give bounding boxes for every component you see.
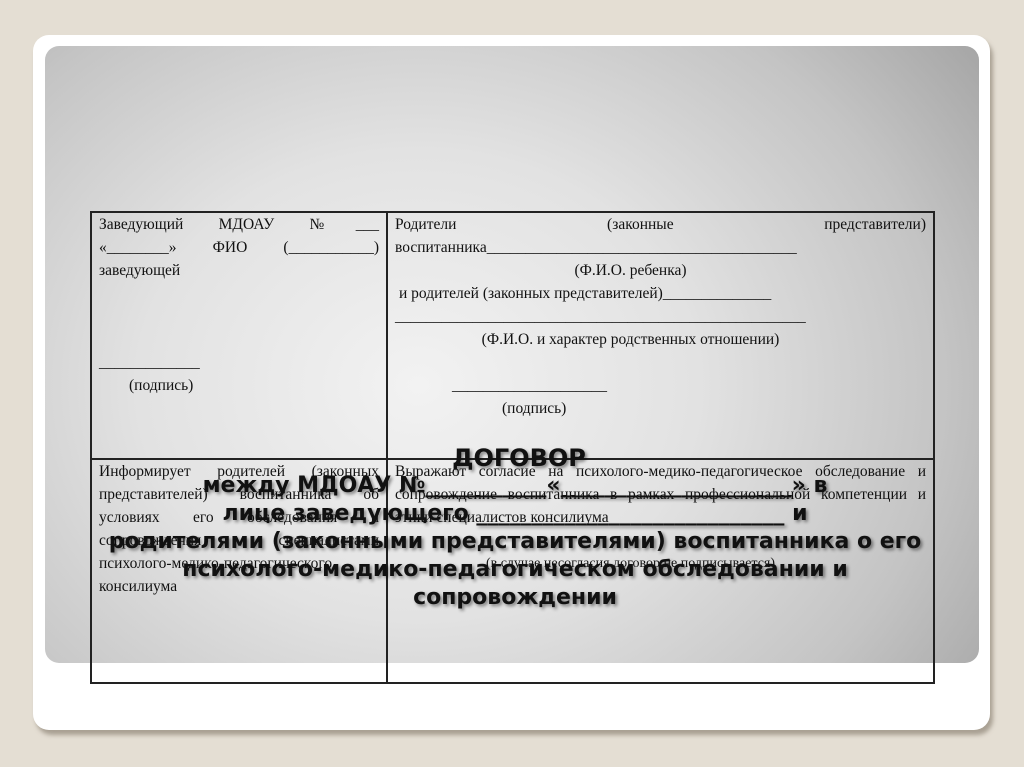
head-signature-line: _____________	[99, 351, 379, 374]
title-line-4: родителями (законными представителями) в…	[70, 528, 960, 556]
parents-signature-line: ____________________	[395, 374, 926, 397]
parents-signature-cell: Родители (законные представители) воспит…	[387, 212, 934, 459]
parents-line-3: и родителей (законных представителей)___…	[395, 282, 926, 305]
parents-line-4: ________________________________________…	[395, 305, 926, 328]
head-line-1: Заведующий МДОАУ №___	[99, 213, 379, 236]
child-name-caption: (Ф.И.О. ребенка)	[395, 259, 926, 282]
table-row: Заведующий МДОАУ №___ «________» ФИО (__…	[91, 212, 934, 459]
head-signature-cell: Заведующий МДОАУ №___ «________» ФИО (__…	[91, 212, 387, 459]
title-line-6: сопровождении	[70, 584, 960, 612]
title-line-3: лице заведующего _______________________…	[70, 500, 960, 528]
parents-signature-caption: (подпись)	[395, 397, 926, 420]
title-line-1: ДОГОВОР	[70, 444, 960, 472]
slide-title: ДОГОВОР между МДОАУ №___________«_______…	[70, 444, 960, 612]
relation-caption: (Ф.И.О. и характер родственных отношении…	[395, 328, 926, 351]
head-line-3: заведующей	[99, 259, 379, 282]
parents-line-2: воспитанника____________________________…	[395, 236, 926, 259]
head-signature-caption: (подпись)	[99, 374, 379, 397]
title-line-5: психолого-медико-педагогическом обследов…	[70, 556, 960, 584]
parents-line-1: Родители (законные представители)	[395, 213, 926, 236]
head-line-2: «________» ФИО (___________)	[99, 236, 379, 259]
title-line-2: между МДОАУ №___________«_______________…	[70, 472, 960, 500]
